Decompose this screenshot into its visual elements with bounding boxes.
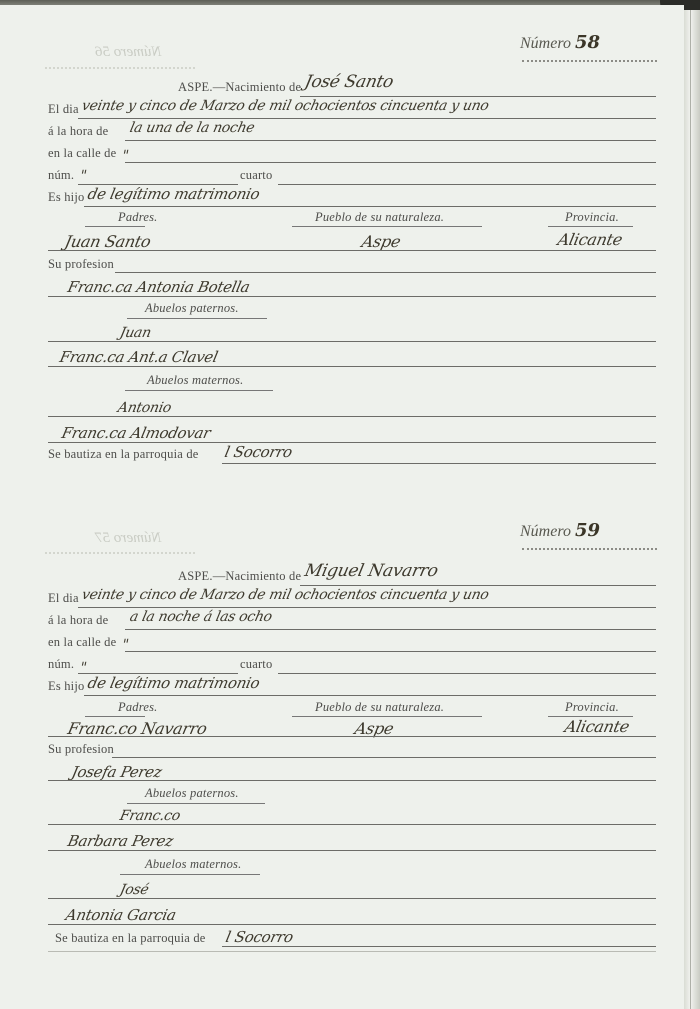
rule (48, 898, 656, 899)
hijo-label: Es hijo (48, 679, 84, 694)
numero-dotted-line (522, 548, 657, 550)
hora-label: á la hora de (48, 124, 108, 139)
calle-label: en la calle de (48, 635, 116, 650)
rule (222, 463, 656, 464)
rule (85, 226, 145, 227)
hora-value: la una de la noche (128, 120, 256, 136)
madre-name: Josefa Perez (70, 763, 163, 781)
abuelo-paterno: Franc.co (118, 808, 181, 824)
padre-provincia: Alicante (556, 230, 624, 249)
dia-label: El dia (48, 102, 79, 117)
rule (125, 390, 273, 391)
child-name: Miguel Navarro (303, 561, 440, 581)
dia-value: veinte y cinco de Marzo de mil ochocient… (80, 587, 490, 603)
rule (125, 140, 656, 141)
ghost-dots (45, 67, 195, 69)
numero-value: 58 (575, 32, 600, 53)
rule (78, 118, 656, 119)
rule (300, 96, 656, 97)
rule (84, 206, 656, 207)
profesion-label: Su profesion (48, 742, 114, 757)
record-number: Número59 (520, 520, 600, 541)
abuela-paterna: Franc.ca Ant.a Clavel (58, 348, 219, 366)
rule (48, 442, 656, 443)
dia-label: El dia (48, 591, 79, 606)
dia-value: veinte y cinco de Marzo de mil ochocient… (80, 98, 490, 114)
rule (127, 318, 267, 319)
hijo-value: de legítimo matrimonio (86, 674, 261, 692)
rule (48, 250, 656, 251)
record-number: Número58 (520, 32, 600, 53)
rule (115, 272, 656, 273)
numero-label: Número (520, 35, 571, 52)
profesion-label: Su profesion (48, 257, 114, 272)
parroquia-value: l Socorro (224, 928, 295, 946)
provincia-label: Provincia. (565, 700, 619, 715)
rule (125, 629, 656, 630)
bleed-through-numero: Número 56 (95, 44, 162, 61)
hijo-label: Es hijo (48, 190, 84, 205)
padres-label: Padres. (118, 210, 157, 225)
rule (292, 226, 482, 227)
rule (48, 924, 656, 925)
nacimiento-label: ASPE.—Nacimiento de (178, 80, 301, 95)
calle-label: en la calle de (48, 146, 116, 161)
rule (48, 850, 656, 851)
book-spine (684, 10, 700, 1009)
num-label: núm. (48, 168, 74, 183)
cuarto-label: cuarto (240, 168, 272, 183)
abuelos-paternos-label: Abuelos paternos. (145, 301, 239, 316)
pueblo-label: Pueblo de su naturaleza. (315, 700, 444, 715)
abuela-materna: Franc.ca Almodovar (60, 424, 212, 442)
rule (127, 803, 265, 804)
rule (125, 651, 656, 652)
provincia-label: Provincia. (565, 210, 619, 225)
padre-name: Juan Santo (63, 232, 153, 251)
rule (48, 780, 656, 781)
numero-label: Número (520, 523, 571, 540)
rule (278, 673, 656, 674)
parroquia-value: l Socorro (223, 443, 294, 461)
rule (300, 585, 656, 586)
parroquia-label: Se bautiza en la parroquia de (48, 447, 199, 462)
abuelos-maternos-label: Abuelos maternos. (145, 857, 241, 872)
rule (48, 416, 656, 417)
parroquia-label: Se bautiza en la parroquia de (55, 931, 206, 946)
rule (120, 874, 260, 875)
rule (48, 824, 656, 825)
rule (125, 162, 656, 163)
rule (48, 951, 656, 952)
pueblo-label: Pueblo de su naturaleza. (315, 210, 444, 225)
abuelo-materno: Antonio (116, 400, 172, 416)
num-label: núm. (48, 657, 74, 672)
hijo-value: de legítimo matrimonio (86, 185, 261, 203)
rule (84, 695, 656, 696)
spine-fold-line (690, 10, 691, 1009)
abuelo-paterno: Juan (118, 325, 152, 341)
numero-dotted-line (522, 60, 657, 62)
rule (48, 296, 656, 297)
rule (278, 184, 656, 185)
rule (78, 607, 656, 608)
rule (48, 366, 656, 367)
ghost-dots (45, 552, 195, 554)
padres-label: Padres. (118, 700, 157, 715)
abuela-materna: Antonia Garcia (64, 906, 178, 924)
hora-value: a la noche á las ocho (128, 609, 273, 625)
nacimiento-label: ASPE.—Nacimiento de (178, 569, 301, 584)
rule (85, 716, 145, 717)
bleed-through-numero: Número 57 (95, 530, 162, 547)
rule (48, 736, 656, 737)
abuelos-paternos-label: Abuelos paternos. (145, 786, 239, 801)
rule (548, 226, 633, 227)
madre-name: Franc.ca Antonia Botella (66, 278, 251, 296)
abuelos-maternos-label: Abuelos maternos. (147, 373, 243, 388)
abuelo-materno: José (118, 882, 150, 898)
cuarto-label: cuarto (240, 657, 272, 672)
abuela-paterna: Barbara Perez (66, 832, 175, 850)
hora-label: á la hora de (48, 613, 108, 628)
rule (222, 946, 656, 947)
padre-provincia: Alicante (563, 717, 631, 736)
rule (48, 341, 656, 342)
padre-pueblo: Aspe (360, 232, 402, 251)
numero-value: 59 (575, 520, 600, 541)
child-name: José Santo (303, 72, 395, 92)
rule (112, 757, 656, 758)
rule (292, 716, 482, 717)
